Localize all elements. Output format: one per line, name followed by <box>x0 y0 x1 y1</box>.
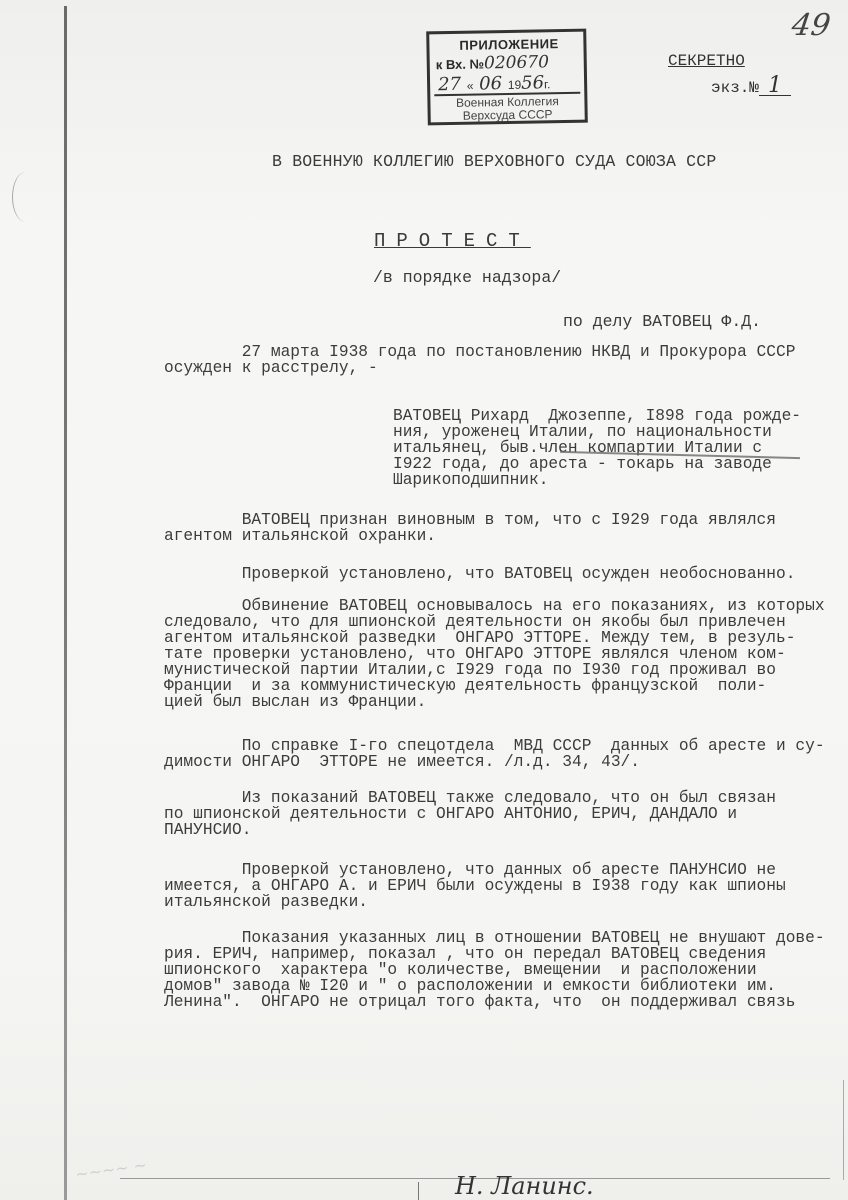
paragraph-verification: Проверкой установлено, что данных об аре… <box>164 862 848 910</box>
paragraph-finding: Проверкой установлено, что ВАТОВЕЦ осужд… <box>164 566 848 582</box>
stamp-ref-number: 020670 <box>484 52 549 73</box>
registry-stamp: ПРИЛОЖЕНИЕ к Вх. №020670 27 « 06 1956г. … <box>426 29 588 126</box>
stamp-reference: к Вх. №020670 <box>436 52 550 74</box>
document-title: ПРОТЕСТ <box>374 230 531 252</box>
stamp-date-month: 06 <box>479 73 502 94</box>
right-edge-line <box>843 1080 844 1180</box>
handwritten-signature: Н. Ланинс. <box>455 1172 594 1200</box>
margin-mark <box>12 172 39 222</box>
copy-label: экз.№ <box>711 79 759 97</box>
case-reference: по делу ВАТОВЕЦ Ф.Д. <box>563 312 761 331</box>
document-page: ПРИЛОЖЕНИЕ к Вх. №020670 27 « 06 1956г. … <box>0 0 848 1200</box>
document-subtitle: /в порядке надзора/ <box>373 268 561 287</box>
stamp-date-year: 56 <box>521 72 544 93</box>
stamp-date-day: 27 <box>438 74 461 95</box>
stamp-organization: Военная Коллегия Верхсуда СССР <box>430 95 584 124</box>
paragraph-sentence: 27 марта I938 года по постановлению НКВД… <box>164 344 848 376</box>
paragraph-testimony: Из показаний ВАТОВЕЦ также следовало, чт… <box>164 790 848 838</box>
copy-number: экз.№1 <box>711 77 791 97</box>
bleed-through-mark: ~~~~ ~ <box>74 1155 148 1184</box>
page-number: 49 <box>790 8 833 43</box>
classification-label: СЕКРЕТНО <box>668 52 745 70</box>
addressee: В ВОЕННУЮ КОЛЛЕГИЮ ВЕРХОВНОГО СУДА СОЮЗА… <box>272 152 716 171</box>
paragraph-accusation: Обвинение ВАТОВЕЦ основывалось на его по… <box>164 598 848 710</box>
stamp-title: ПРИЛОЖЕНИЕ <box>459 36 558 53</box>
paragraph-credibility: Показания указанных лиц в отношении ВАТО… <box>164 930 848 1010</box>
paragraph-reference: По справке I-го спецотдела МВД СССР данн… <box>164 738 848 770</box>
stamp-ref-prefix: к Вх. № <box>436 56 485 72</box>
paragraph-person: ВАТОВЕЦ Рихард Джозеппе, I898 года рожде… <box>393 408 801 488</box>
paragraph-charge: ВАТОВЕЦ признан виновным в том, что с I9… <box>164 512 848 544</box>
copy-number-value: 1 <box>759 77 791 96</box>
binding-line <box>64 6 67 1200</box>
stamp-org-line2: Верхсуда СССР <box>431 108 585 124</box>
bottom-tick <box>418 1182 419 1200</box>
stamp-year-suffix: г. <box>544 77 550 91</box>
